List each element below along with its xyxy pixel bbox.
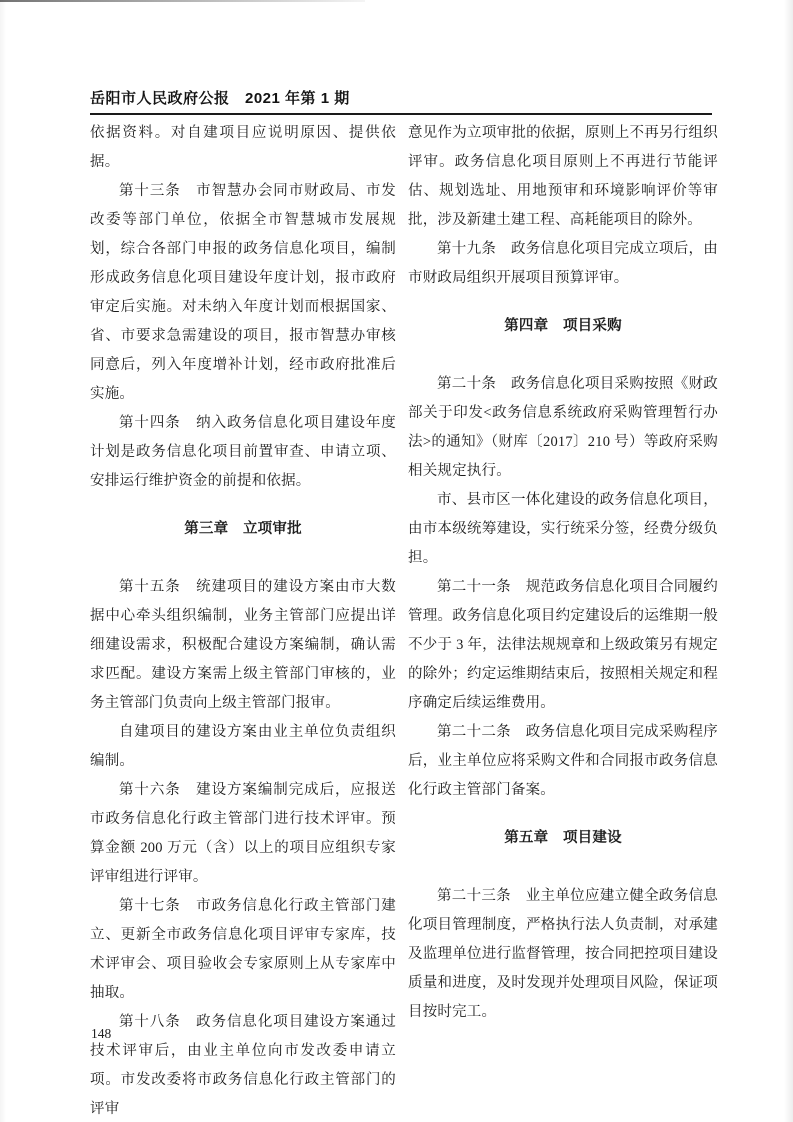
paragraph-article-15: 第十五条 统建项目的建设方案由市大数据中心牵头组织编制，业务主管部门应提出详细建… — [90, 573, 396, 718]
paragraph: 意见作为立项审批的依据，原则上不再另行组织评审。政务信息化项目原则上不再进行节能… — [408, 119, 718, 235]
paragraph-article-23: 第二十三条 业主单位应建立健全政务信息化项目管理制度，严格执行法人负责制，对承建… — [408, 882, 718, 1027]
column-right: 意见作为立项审批的依据，原则上不再另行组织评审。政务信息化项目原则上不再进行节能… — [408, 119, 718, 1122]
page-number: 148 — [91, 1026, 111, 1042]
paragraph-article-16: 第十六条 建设方案编制完成后，应报送市政务信息化行政主管部门进行技术评审。预算金… — [90, 776, 396, 892]
chapter-heading-3: 第三章 立项审批 — [90, 515, 396, 544]
page-header-title: 岳阳市人民政府公报 2021 年第 1 期 — [90, 90, 350, 107]
paragraph: 依据资料。对自建项目应说明原因、提供依据。 — [90, 119, 396, 177]
page-header: 岳阳市人民政府公报 2021 年第 1 期 — [90, 88, 718, 110]
paragraph-article-17: 第十七条 市政务信息化行政主管部门建立、更新全市政务信息化项目评审专家库，技术评… — [90, 892, 396, 1008]
scan-edge-left-artifact — [0, 0, 6, 1122]
paragraph-article-13: 第十三条 市智慧办会同市财政局、市发改委等部门单位，依据全市智慧城市发展规划，综… — [90, 177, 396, 409]
chapter-heading-5: 第五章 项目建设 — [408, 824, 718, 853]
chapter-heading-4: 第四章 项目采购 — [408, 312, 718, 341]
scan-edge-right-artifact — [784, 0, 793, 1122]
page-content: 岳阳市人民政府公报 2021 年第 1 期 依据资料。对自建项目应说明原因、提供… — [90, 0, 718, 1122]
paragraph-article-21: 第二十一条 规范政务信息化项目合同履约管理。政务信息化项目约定建设后的运维期一般… — [408, 573, 718, 718]
paragraph-article-14: 第十四条 纳入政务信息化项目建设年度计划是政务信息化项目前置审查、申请立项、安排… — [90, 409, 396, 496]
paragraph: 市、县市区一体化建设的政务信息化项目，由市本级统筹建设，实行统采分签，经费分级负… — [408, 486, 718, 573]
paragraph: 自建项目的建设方案由业主单位负责组织编制。 — [90, 718, 396, 776]
paragraph-article-22: 第二十二条 政务信息化项目完成采购程序后，业主单位应将采购文件和合同报市政务信息… — [408, 718, 718, 805]
paragraph-article-20: 第二十条 政务信息化项目采购按照《财政部关于印发<政务信息系统政府采购管理暂行办… — [408, 370, 718, 486]
document-page: 岳阳市人民政府公报 2021 年第 1 期 依据资料。对自建项目应说明原因、提供… — [0, 0, 793, 1122]
paragraph-article-18: 第十八条 政务信息化项目建设方案通过技术评审后，由业主单位向市发改委申请立项。市… — [90, 1008, 396, 1122]
header-rule — [90, 113, 712, 115]
two-column-body: 依据资料。对自建项目应说明原因、提供依据。 第十三条 市智慧办会同市财政局、市发… — [90, 119, 718, 1122]
paragraph-article-19: 第十九条 政务信息化项目完成立项后，由市财政局组织开展项目预算评审。 — [408, 235, 718, 293]
column-left: 依据资料。对自建项目应说明原因、提供依据。 第十三条 市智慧办会同市财政局、市发… — [90, 119, 396, 1122]
